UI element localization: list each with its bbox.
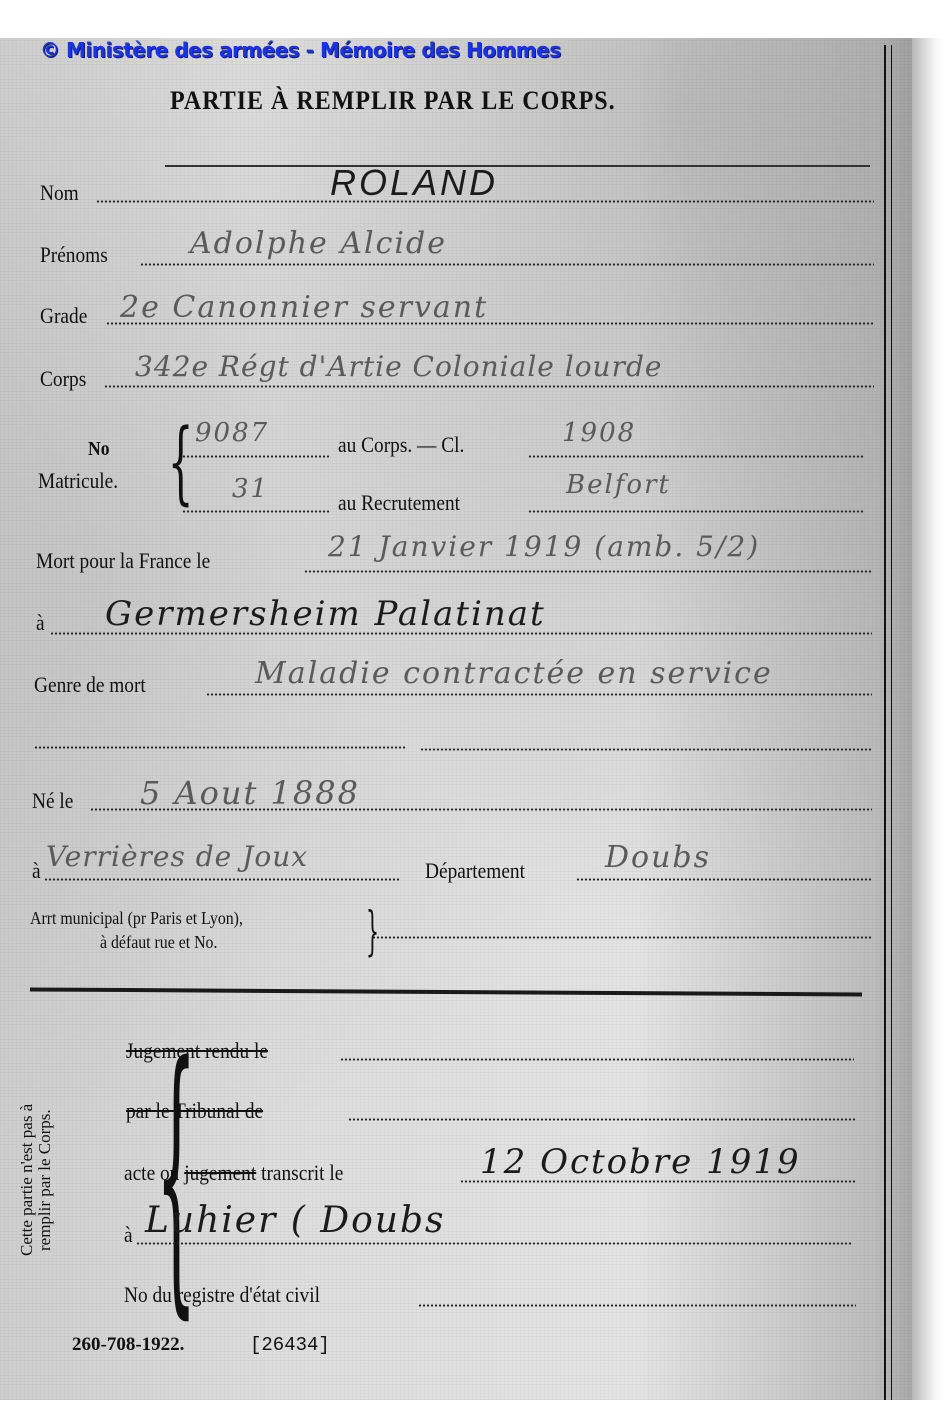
prenoms-line bbox=[140, 263, 874, 266]
mort-label: Mort pour la France le bbox=[36, 548, 210, 574]
matricule-label-no: No bbox=[88, 438, 110, 461]
jugement-line bbox=[340, 1058, 854, 1061]
lieu-value: Luhier ( Doubs bbox=[145, 1200, 445, 1241]
matricule-brace: { bbox=[168, 418, 194, 508]
title-rule bbox=[165, 165, 870, 167]
matricule-recrutement-line bbox=[182, 510, 330, 513]
acte-label-struck: jugement bbox=[184, 1160, 256, 1185]
lieu-line bbox=[136, 1242, 852, 1245]
genre-mort-line bbox=[206, 693, 872, 696]
side-note: Cette partie n'est pas à remplir par le … bbox=[18, 1080, 128, 1280]
classe-value: 1908 bbox=[562, 418, 636, 448]
extra-line-right bbox=[420, 748, 872, 751]
classe-line bbox=[528, 455, 864, 458]
genre-mort-label: Genre de mort bbox=[34, 672, 146, 698]
au-recrutement-label: au Recrutement bbox=[338, 490, 460, 516]
lieu-label: à bbox=[124, 1222, 133, 1248]
tribunal-line bbox=[348, 1118, 856, 1121]
jugement-label: Jugement rendu le bbox=[126, 1038, 268, 1064]
ne-a-value: Verrières de Joux bbox=[46, 840, 308, 873]
registre-label: No du registre d'état civil bbox=[124, 1282, 320, 1308]
arrondissement-label-1: Arrt municipal (pr Paris et Lyon), bbox=[30, 908, 243, 929]
ne-le-label: Né le bbox=[32, 788, 73, 814]
grade-label: Grade bbox=[40, 303, 87, 329]
prenoms-label: Prénoms bbox=[40, 242, 108, 268]
registre-line bbox=[418, 1304, 856, 1307]
ne-a-label: à bbox=[32, 858, 41, 884]
matricule-corps-number: 9087 bbox=[195, 418, 269, 448]
prenoms-value: Adolphe Alcide bbox=[190, 226, 447, 261]
mort-value: 21 Janvier 1919 (amb. 5/2) bbox=[328, 530, 760, 563]
acte-label-suffix: transcrit le bbox=[261, 1160, 343, 1185]
arrondissement-label-2: à défaut rue et No. bbox=[100, 932, 217, 953]
grade-value: 2e Canonnier servant bbox=[120, 290, 488, 325]
recrutement-line bbox=[528, 510, 864, 513]
corps-line bbox=[104, 385, 874, 388]
matricule-recrutement-number: 31 bbox=[232, 474, 269, 504]
mort-lieu-label: à bbox=[36, 610, 45, 636]
print-reference: [26434] bbox=[250, 1334, 330, 1356]
genre-mort-value: Maladie contractée en service bbox=[255, 656, 773, 691]
margin-line bbox=[884, 45, 886, 1400]
arrondissement-line bbox=[372, 936, 872, 939]
mort-lieu-value: Germersheim Palatinat bbox=[105, 594, 546, 634]
scan-edge bbox=[912, 38, 944, 1400]
tribunal-label: par le Tribunal de bbox=[126, 1098, 263, 1124]
corps-label: Corps bbox=[40, 366, 86, 392]
scanned-document bbox=[0, 38, 912, 1400]
ne-le-value: 5 Aout 1888 bbox=[140, 774, 360, 812]
arrondissement-brace: } bbox=[366, 906, 379, 958]
acte-label-prefix: acte ou bbox=[124, 1160, 179, 1185]
corps-value: 342e Régt d'Artie Coloniale lourde bbox=[135, 350, 662, 383]
au-corps-label: au Corps. — Cl. bbox=[338, 432, 464, 458]
recrutement-lieu: Belfort bbox=[566, 470, 671, 500]
departement-label: Département bbox=[425, 858, 525, 884]
acte-label: acte ou jugement transcrit le bbox=[124, 1160, 343, 1186]
nom-value: ROLAND bbox=[330, 162, 498, 204]
mort-line bbox=[304, 570, 872, 573]
copyright-watermark: © Ministère des armées - Mémoire des Hom… bbox=[40, 38, 561, 62]
nom-label: Nom bbox=[40, 180, 79, 206]
form-title: PARTIE À REMPLIR PAR LE CORPS. bbox=[170, 86, 616, 116]
matricule-label: Matricule. bbox=[38, 468, 118, 494]
matricule-corps-line bbox=[182, 455, 330, 458]
margin-line bbox=[891, 45, 892, 1400]
extra-line-left bbox=[34, 746, 406, 749]
ne-a-line bbox=[44, 878, 400, 881]
departement-line bbox=[576, 878, 872, 881]
acte-value: 12 Octobre 1919 bbox=[480, 1142, 801, 1182]
departement-value: Doubs bbox=[605, 840, 711, 875]
print-code: 260-708-1922. bbox=[72, 1334, 184, 1356]
